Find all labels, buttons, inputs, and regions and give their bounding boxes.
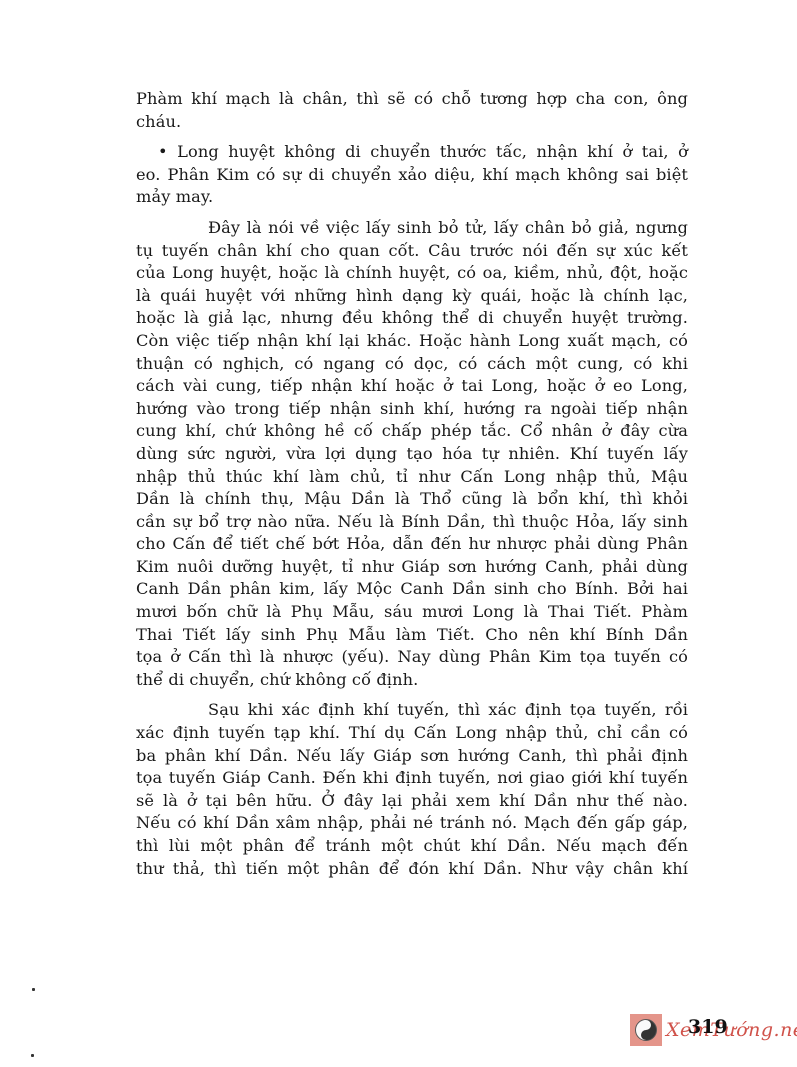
text-line: Kim nuôi dưỡng huyệt, tỉ như Giáp sơn hư… — [136, 556, 688, 579]
text-line: Dần là chính thụ, Mậu Dần là Thổ cũng là… — [136, 488, 688, 511]
text-line: của Long huyệt, hoặc là chính huyệt, có … — [136, 262, 688, 285]
text-line: Nếu có khí Dần xâm nhập, phải né tránh n… — [136, 812, 688, 835]
text-line: mảy may. — [136, 186, 688, 209]
text-line: cung khí, chứ không hề cố chấp phép tắc.… — [136, 420, 688, 443]
text-line: Thai Tiết lấy sinh Phụ Mẫu làm Tiết. Cho… — [136, 624, 688, 647]
watermark-text: XemTướng.net — [666, 1019, 797, 1041]
text-line: hướng vào trong tiếp nhận sinh khí, hướn… — [136, 398, 688, 421]
text-line: sẽ là ở tại bên hữu. Ở đây lại phải xem … — [136, 790, 688, 813]
document-page: Phàm khí mạch là chân, thì sẽ có chỗ tươ… — [136, 88, 688, 880]
text-line: mươi bốn chữ là Phụ Mẫu, sáu mươi Long l… — [136, 601, 688, 624]
text-line: thư thả, thì tiến một phân để đón khí Dầ… — [136, 858, 688, 881]
text-line: tụ tuyến chân khí cho quan cốt. Câu trướ… — [136, 240, 688, 263]
text-line: thì lùi một phân để tránh một chút khí D… — [136, 835, 688, 858]
paragraph-body-2: Sạu khi xác định khí tuyến, thì xác định… — [136, 699, 688, 880]
scan-speck — [32, 988, 35, 991]
yin-yang-icon — [635, 1019, 657, 1041]
text-line: Sạu khi xác định khí tuyến, thì xác định… — [136, 699, 688, 722]
text-line: dùng sức người, vừa lợi dụng tạo hóa tự … — [136, 443, 688, 466]
text-line: Canh Dần phân kim, lấy Mộc Canh Dần sinh… — [136, 578, 688, 601]
text-line: thể di chuyển, chứ không cố định. — [136, 669, 688, 692]
text-line: hoặc là giả lạc, nhưng đều không thể di … — [136, 307, 688, 330]
paragraph-body-1: Đây là nói về việc lấy sinh bỏ tử, lấy c… — [136, 217, 688, 691]
text-line: Phàm khí mạch là chân, thì sẽ có chỗ tươ… — [136, 88, 688, 111]
text-line: xác định tuyến tạp khí. Thí dụ Cấn Long … — [136, 722, 688, 745]
scan-speck — [31, 1054, 34, 1057]
text-line: tọa ở Cấn thì là nhược (yếu). Nay dùng P… — [136, 646, 688, 669]
text-line: là quái huyệt với những hình dạng kỳ quá… — [136, 285, 688, 308]
text-line: thuận có nghịch, có ngang có dọc, có các… — [136, 353, 688, 376]
text-line: tọa tuyến Giáp Canh. Đến khi định tuyến,… — [136, 767, 688, 790]
text-line: Còn việc tiếp nhận khí lại khác. Hoặc hà… — [136, 330, 688, 353]
paragraph-bullet: • Long huyệt không di chuyển thước tấc, … — [136, 141, 688, 209]
text-line: Đây là nói về việc lấy sinh bỏ tử, lấy c… — [136, 217, 688, 240]
text-line: ba phân khí Dần. Nếu lấy Giáp sơn hướng … — [136, 745, 688, 768]
text-line: cần sự bổ trợ nào nữa. Nếu là Bính Dần, … — [136, 511, 688, 534]
paragraph-continuation: Phàm khí mạch là chân, thì sẽ có chỗ tươ… — [136, 88, 688, 133]
watermark-logo — [630, 1014, 662, 1046]
text-line: cách vài cung, tiếp nhận khí hoặc ở tai … — [136, 375, 688, 398]
text-line: nhập thủ thúc khí làm chủ, tỉ như Cấn Lo… — [136, 466, 688, 489]
text-line: eo. Phân Kim có sự di chuyển xảo diệu, k… — [136, 164, 688, 187]
text-line: • Long huyệt không di chuyển thước tấc, … — [136, 141, 688, 164]
text-line: cháu. — [136, 111, 688, 134]
page-number: 319 — [688, 1016, 728, 1038]
text-line: cho Cấn để tiết chế bớt Hỏa, dẫn đến hư … — [136, 533, 688, 556]
